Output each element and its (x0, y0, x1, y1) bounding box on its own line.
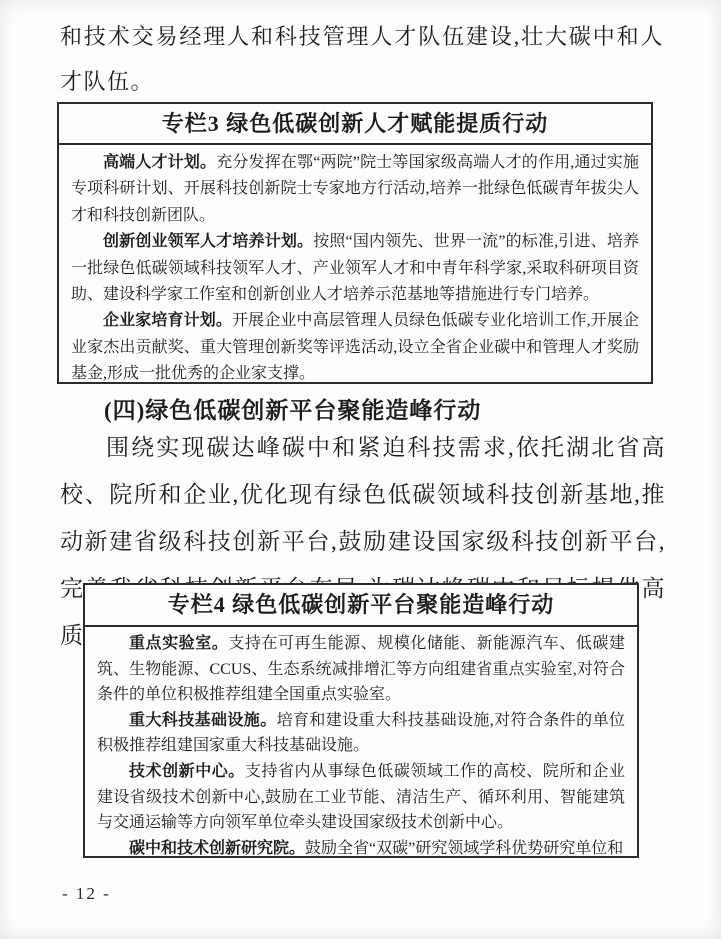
paragraph-lead: 重大科技基础设施。 (129, 712, 277, 729)
paragraph-lead: 重点实验室。 (129, 635, 228, 652)
paragraph-lead: 企业家培育计划。 (103, 312, 232, 329)
box4-paragraph-carbon-institute: 碳中和技术创新研究院。鼓励全省“双碳”研究领域学科优势研究单位和 (97, 836, 625, 862)
box3-paragraph-talent-plan: 高端人才计划。充分发挥在鄂“两院”院士等国家级高端人才的作用,通过实施专项科研计… (71, 150, 639, 229)
section-heading: (四)绿色低碳创新平台聚能造峰行动 (104, 392, 481, 425)
box4-paragraph-key-labs: 重点实验室。支持在可再生能源、规模化储能、新能源汽车、低碳建筑、生物能源、CCU… (97, 631, 625, 708)
box4-title: 专栏4 绿色低碳创新平台聚能造峰行动 (85, 585, 637, 627)
box3-paragraph-leader-training: 创新创业领军人才培养计划。按照“国内领先、世界一流”的标准,引进、培养一批绿色低… (71, 229, 639, 308)
box3-paragraph-entrepreneur-plan: 企业家培育计划。开展企业中高层管理人员绿色低碳专业化培训工作,开展企业家杰出贡献… (71, 308, 639, 387)
box3-body: 高端人才计划。充分发挥在鄂“两院”院士等国家级高端人才的作用,通过实施专项科研计… (59, 145, 651, 388)
box4-body: 重点实验室。支持在可再生能源、规模化储能、新能源汽车、低碳建筑、生物能源、CCU… (85, 627, 637, 861)
box3-title: 专栏3 绿色低碳创新人才赋能提质行动 (59, 104, 651, 145)
document-page: 和技术交易经理人和科技管理人才队伍建设,壮大碳中和人才队伍。 专栏3 绿色低碳创… (0, 0, 721, 939)
paragraph-text: 鼓励全省“双碳”研究领域学科优势研究单位和 (305, 840, 623, 857)
paragraph-lead: 碳中和技术创新研究院。 (129, 840, 305, 857)
paragraph-lead: 创新创业领军人才培养计划。 (103, 233, 313, 250)
paragraph-lead: 技术创新中心。 (129, 763, 245, 780)
page-number: - 12 - (62, 884, 111, 904)
intro-paragraph: 和技术交易经理人和科技管理人才队伍建设,壮大碳中和人才队伍。 (60, 14, 664, 104)
box4-paragraph-infrastructure: 重大科技基础设施。培育和建设重大科技基础设施,对符合条件的单位积极推荐组建国家重… (97, 708, 625, 759)
callout-box-3: 专栏3 绿色低碳创新人才赋能提质行动 高端人才计划。充分发挥在鄂“两院”院士等国… (57, 102, 653, 384)
paragraph-lead: 高端人才计划。 (103, 154, 216, 171)
box4-paragraph-tech-centers: 技术创新中心。支持省内从事绿色低碳领域工作的高校、院所和企业建设省级技术创新中心… (97, 759, 625, 836)
callout-box-4: 专栏4 绿色低碳创新平台聚能造峰行动 重点实验室。支持在可再生能源、规模化储能、… (83, 583, 639, 858)
